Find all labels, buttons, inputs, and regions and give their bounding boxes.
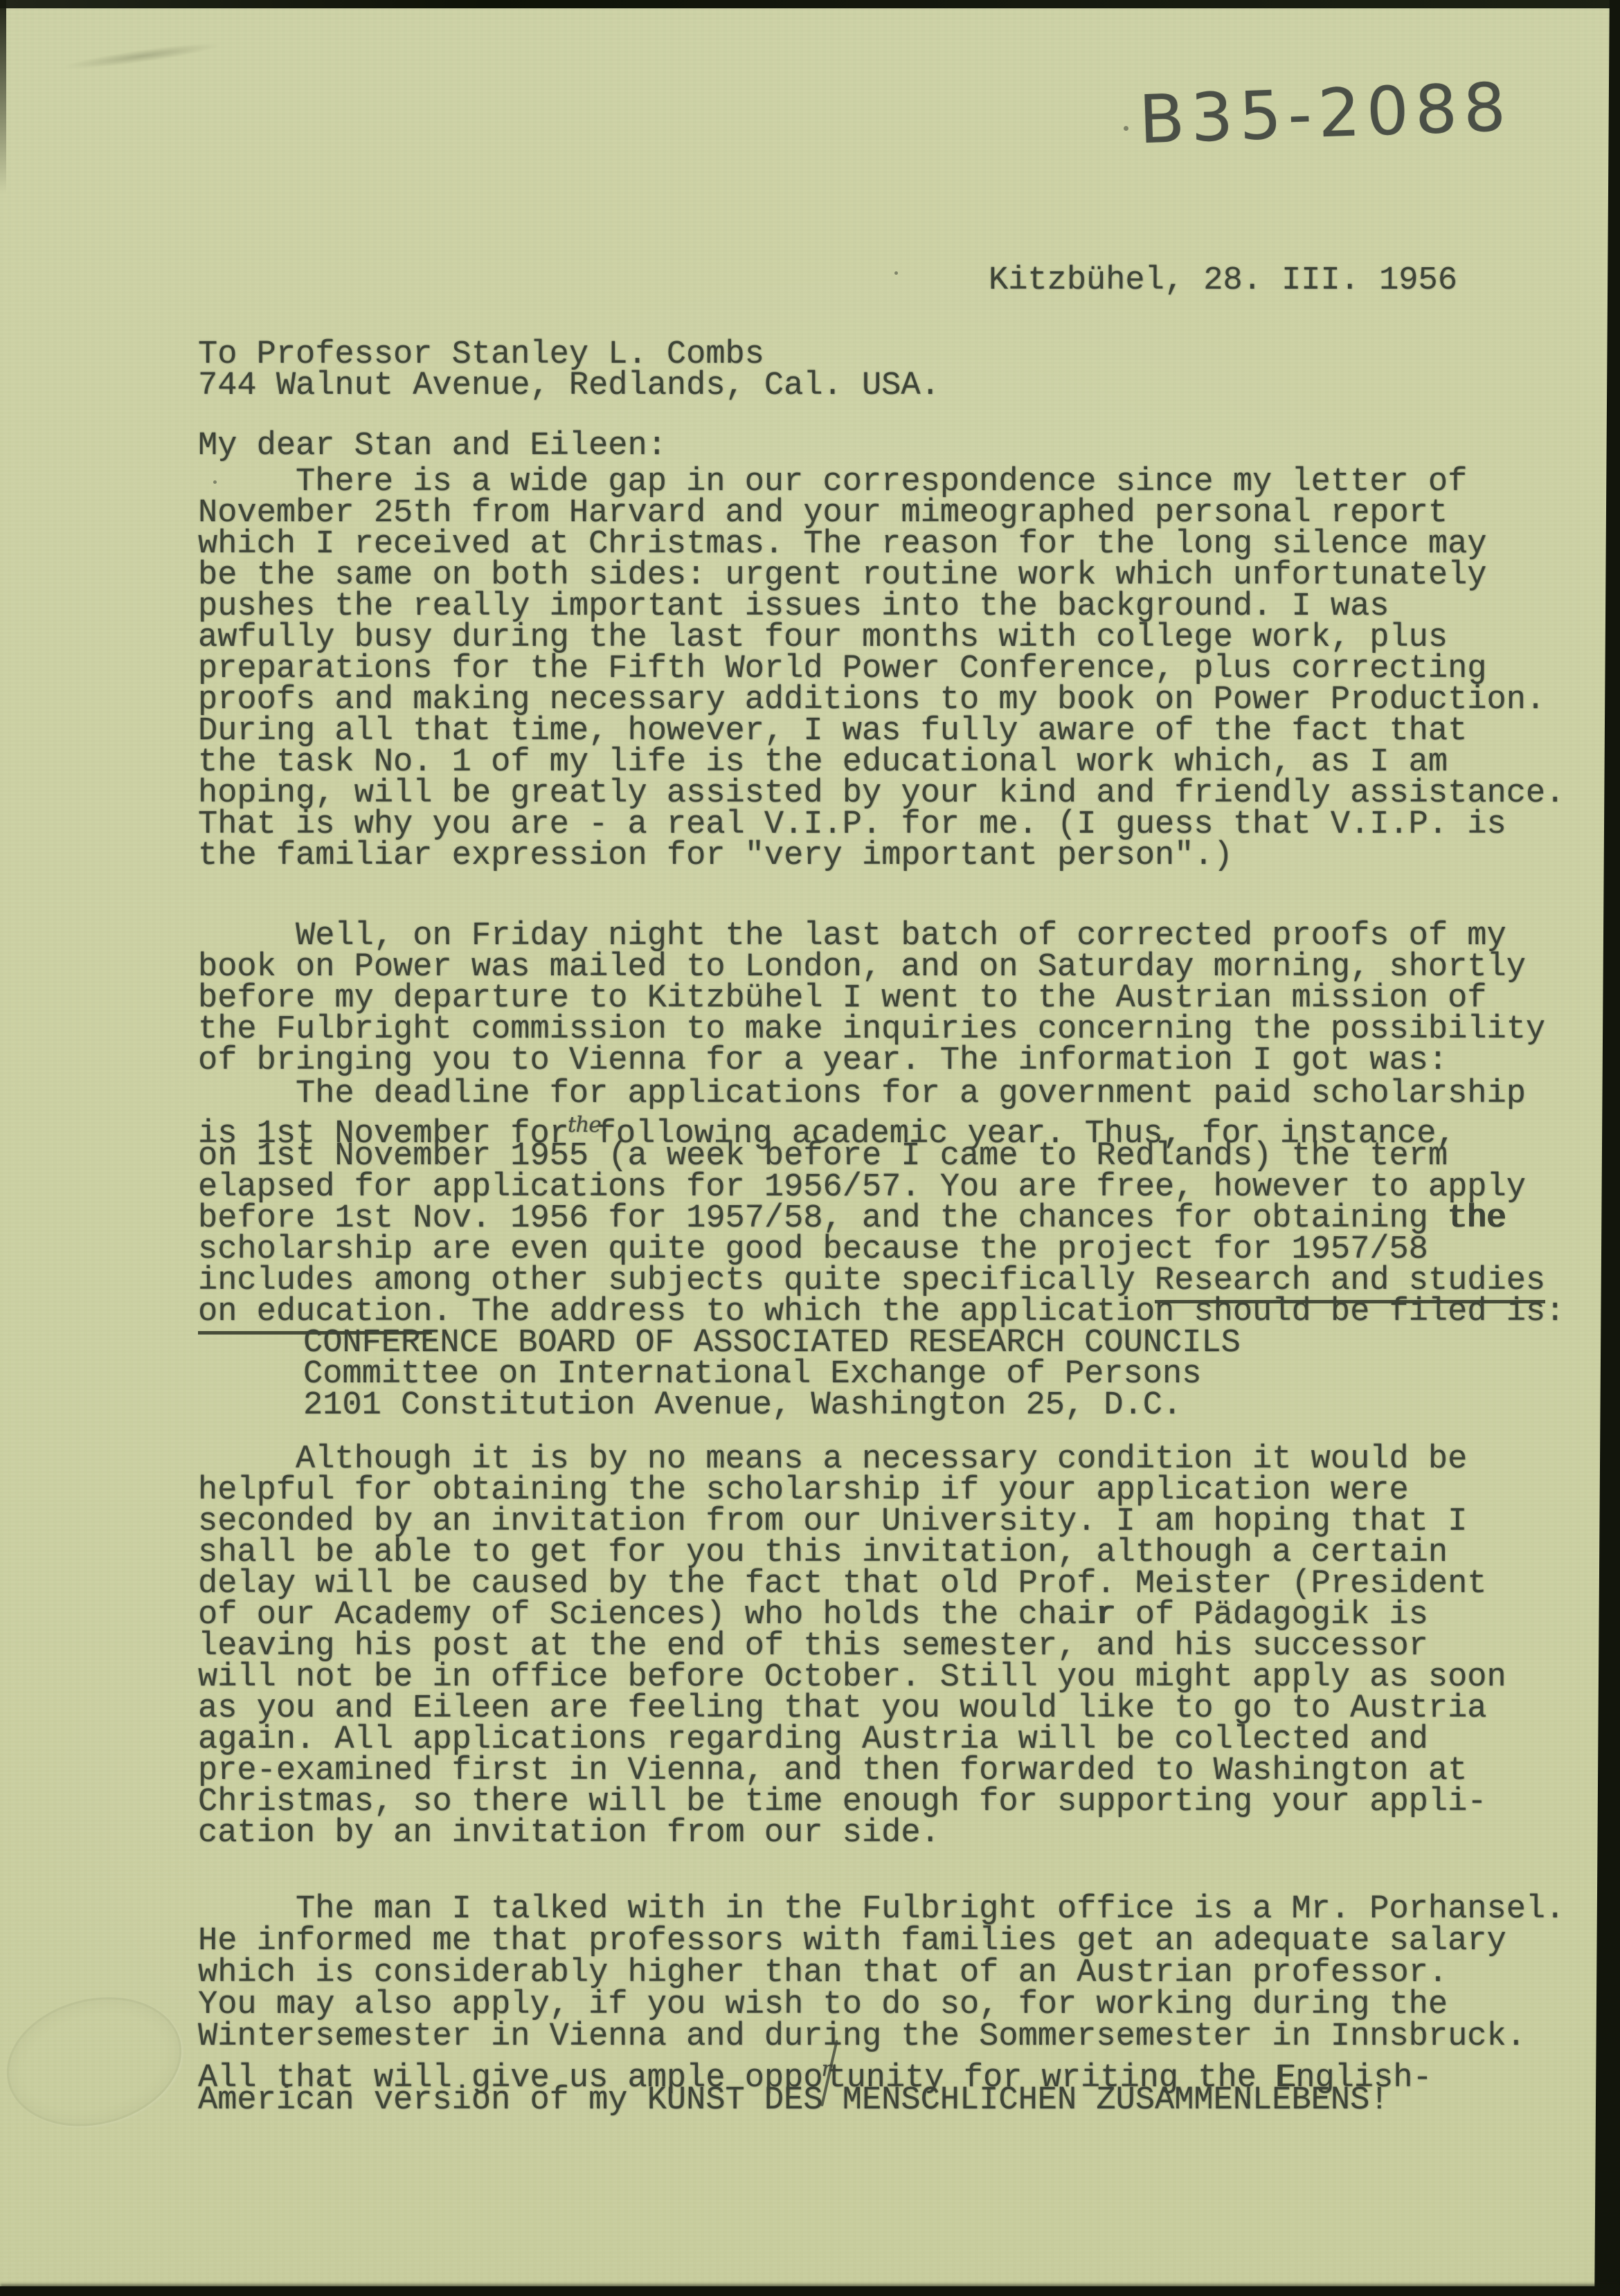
text-line: Christmas, so there will be time enough …	[198, 1787, 1506, 1818]
handwritten-insertion: the	[568, 1112, 601, 1137]
text-line: helpful for obtaining the scholarship if…	[198, 1475, 1506, 1506]
scan-edge-left	[0, 0, 6, 194]
text-line: The man I talked with in the Fulbright o…	[198, 1894, 1565, 1926]
paragraph-1: There is a wide gap in our correspondenc…	[198, 467, 1565, 871]
scan-edge-bottom	[0, 2286, 1620, 2296]
text-line: hoping, will be greatly assisted by your…	[198, 778, 1565, 809]
dateline: Kitzbühel, 28. III. 1956	[989, 265, 1457, 296]
text-line: before 1st Nov. 1956 for 1957/58, and th…	[198, 1203, 1565, 1234]
ink-speck	[1124, 126, 1128, 131]
text-line: delay will be caused by the fact that ol…	[198, 1569, 1506, 1600]
ink-speck	[894, 271, 898, 275]
text-line: elapsed for applications for 1956/57. Yo…	[198, 1172, 1565, 1203]
text-line: American version of my KUNST DES MENSCHL…	[198, 2085, 1565, 2117]
text-line: That is why you are - a real V.I.P. for …	[198, 809, 1565, 840]
scan-edge-top	[0, 0, 1620, 8]
text-line: cation by an invitation from our side.	[198, 1818, 1506, 1849]
text-line: All that will give us ample opportunity …	[198, 2053, 1565, 2085]
text-line: the task No. 1 of my life is the educati…	[198, 747, 1565, 778]
text-line: scholarship are even quite good because …	[198, 1234, 1565, 1265]
text-segment: the	[1448, 1200, 1506, 1237]
text-line: is 1st November forthefollowing academic…	[198, 1110, 1565, 1141]
text-line: the familiar expression for "very import…	[198, 840, 1565, 871]
text-line: as you and Eileen are feeling that you w…	[198, 1693, 1506, 1724]
text-line: shall be able to get for you this invita…	[198, 1537, 1506, 1569]
text-line: Well, on Friday night the last batch of …	[198, 921, 1545, 952]
text-line: Wintersemester in Vienna and during the …	[198, 2021, 1565, 2053]
paragraph-4: Although it is by no means a necessary c…	[198, 1444, 1506, 1849]
paragraph-3: The deadline for applications for a gove…	[198, 1078, 1565, 1328]
text-line: again. All applications regarding Austri…	[198, 1724, 1506, 1755]
handwritten-reference-number: B35-2088	[1137, 69, 1513, 159]
faint-embossed-seal	[0, 1980, 195, 2144]
text-line: of our Academy of Sciences) who holds th…	[198, 1600, 1506, 1631]
text-line: includes among other subjects quite spec…	[198, 1265, 1565, 1296]
text-line: on education. The address to which the a…	[198, 1296, 1565, 1328]
text-line: be the same on both sides: urgent routin…	[198, 560, 1565, 591]
text-line: He informed me that professors with fami…	[198, 1926, 1565, 1958]
text-line: which is considerably higher than that o…	[198, 1958, 1565, 1989]
paragraph-2: Well, on Friday night the last batch of …	[198, 921, 1545, 1076]
salutation: My dear Stan and Eileen:	[198, 431, 667, 462]
scanned-typewritten-letter: B35-2088 Kitzbühel, 28. III. 1956 To Pro…	[0, 0, 1620, 2296]
text-line: The deadline for applications for a gove…	[198, 1078, 1565, 1110]
text-line: leaving his post at the end of this seme…	[198, 1631, 1506, 1662]
text-line: seconded by an invitation from our Unive…	[198, 1506, 1506, 1537]
text-line: Committee on International Exchange of P…	[303, 1359, 1241, 1390]
text-line: before my departure to Kitzbühel I went …	[198, 983, 1545, 1014]
text-line: 2101 Constitution Avenue, Washington 25,…	[303, 1390, 1241, 1421]
text-line: which I received at Christmas. The reaso…	[198, 529, 1565, 560]
text-line: November 25th from Harvard and your mime…	[198, 498, 1565, 529]
text-line: the Fulbright commission to make inquiri…	[198, 1014, 1545, 1045]
text-line: To Professor Stanley L. Combs	[198, 339, 940, 370]
mailing-address-block: CONFERENCE BOARD OF ASSOCIATED RESEARCH …	[303, 1328, 1241, 1421]
pencil-smudge	[28, 31, 256, 81]
text-line: There is a wide gap in our correspondenc…	[198, 467, 1565, 498]
text-line: pre-examined first in Vienna, and then f…	[198, 1755, 1506, 1787]
text-line: CONFERENCE BOARD OF ASSOCIATED RESEARCH …	[303, 1328, 1241, 1359]
paragraph-5: The man I talked with in the Fulbright o…	[198, 1894, 1565, 2117]
text-line: You may also apply, if you wish to do so…	[198, 1989, 1565, 2021]
text-line: of bringing you to Vienna for a year. Th…	[198, 1045, 1545, 1076]
recipient-block: To Professor Stanley L. Combs744 Walnut …	[198, 339, 940, 401]
text-line: on 1st November 1955 (a week before I ca…	[198, 1141, 1565, 1172]
text-line: preparations for the Fifth World Power C…	[198, 653, 1565, 685]
text-line: pushes the really important issues into …	[198, 591, 1565, 622]
text-line: 744 Walnut Avenue, Redlands, Cal. USA.	[198, 370, 940, 401]
text-line: awfully busy during the last four months…	[198, 622, 1565, 653]
text-line: During all that time, however, I was ful…	[198, 716, 1565, 747]
text-line: will not be in office before October. St…	[198, 1662, 1506, 1693]
text-line: proofs and making necessary additions to…	[198, 685, 1565, 716]
text-line: book on Power was mailed to London, and …	[198, 952, 1545, 983]
text-line: Although it is by no means a necessary c…	[198, 1444, 1506, 1475]
